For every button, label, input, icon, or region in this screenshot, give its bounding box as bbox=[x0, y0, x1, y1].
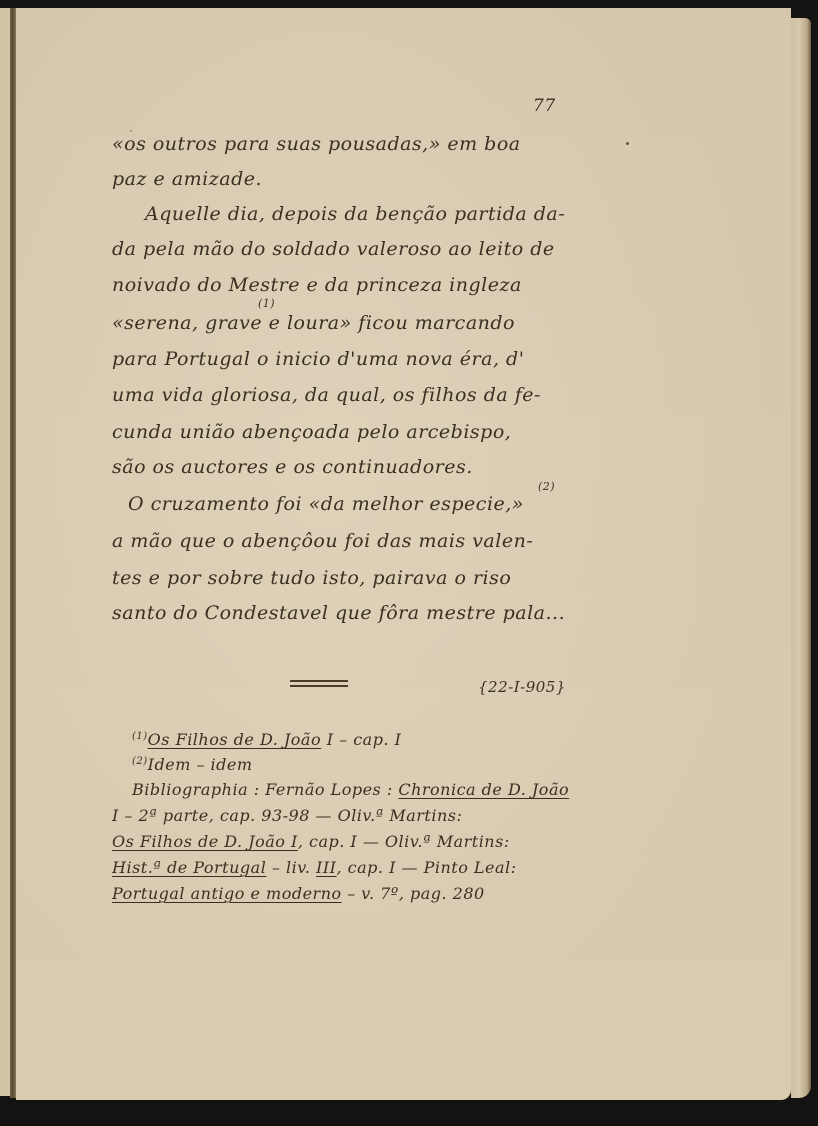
body-line: da pela mão do soldado valeroso ao leito… bbox=[112, 240, 582, 259]
bibliography-text: – v. 7º, pag. 280 bbox=[342, 884, 485, 903]
body-line: para Portugal o inicio d'uma nova éra, d… bbox=[112, 350, 582, 369]
date-stamp: {22-I-905} bbox=[478, 678, 566, 696]
body-line: uma vida gloriosa, da qual, os filhos da… bbox=[112, 386, 582, 405]
section-divider bbox=[290, 680, 348, 687]
footnote-2-text: Idem – idem bbox=[148, 755, 253, 774]
bibliography-line: I – 2ª parte, cap. 93-98 — Oliv.ª Martin… bbox=[112, 808, 462, 824]
body-line: são os auctores e os continuadores. bbox=[112, 458, 582, 477]
body-line: cunda união abençoada pelo arcebispo, bbox=[112, 423, 582, 442]
bibliography-line: Portugal antigo e moderno – v. 7º, pag. … bbox=[112, 886, 485, 902]
body-line: paz e amizade. bbox=[112, 170, 582, 189]
scanned-manuscript: 77 «os outros para suas pousadas,» em bo… bbox=[0, 0, 818, 1126]
body-line: santo do Condestavel que fôra mestre pal… bbox=[112, 604, 582, 623]
ink-speck bbox=[130, 130, 132, 132]
page-right-edge bbox=[791, 18, 811, 1098]
page-number: 77 bbox=[533, 96, 556, 116]
bibliography-title: Portugal antigo e moderno bbox=[112, 884, 342, 903]
footnote-1-ref: I – cap. I bbox=[321, 730, 401, 749]
body-line: tes e por sobre tudo isto, pairava o ris… bbox=[112, 569, 582, 588]
body-line: O cruzamento foi «da melhor especie,» bbox=[128, 495, 598, 514]
bibliography-line: Os Filhos de D. João I, cap. I — Oliv.ª … bbox=[112, 834, 510, 850]
body-line: noivado do Mestre e da princeza ingleza bbox=[112, 276, 582, 295]
body-line: Aquelle dia, depois da benção partida da… bbox=[145, 205, 615, 224]
bibliography-text: , cap. I — Oliv.ª Martins: bbox=[298, 832, 510, 851]
bibliography-title: Chronica de D. João bbox=[398, 780, 569, 799]
bibliography-volume: III bbox=[316, 858, 336, 877]
bibliography-title: Hist.ª de Portugal bbox=[112, 858, 266, 877]
bibliography-text: , cap. I — Pinto Leal: bbox=[337, 858, 517, 877]
body-line: «os outros para suas pousadas,» em boa bbox=[112, 135, 582, 154]
bibliography-text: I – 2ª parte, cap. 93-98 — Oliv.ª Martin… bbox=[112, 806, 462, 825]
bibliography-line: Hist.ª de Portugal – liv. III, cap. I — … bbox=[112, 860, 517, 876]
bibliography-title: Os Filhos de D. João I bbox=[112, 832, 298, 851]
bibliography-text: – liv. bbox=[266, 858, 316, 877]
body-line: «serena, grave e loura» ficou marcando bbox=[112, 314, 582, 333]
ink-speck bbox=[626, 142, 629, 145]
body-line: a mão que o abençôou foi das mais valen- bbox=[112, 532, 582, 551]
footnote-1-marker: (1) bbox=[132, 731, 148, 742]
footnote-2-marker: (2) bbox=[132, 756, 148, 767]
footnote-2: (2)Idem – idem bbox=[132, 757, 253, 773]
bibliography-line: Bibliographia : Fernão Lopes : Chronica … bbox=[132, 782, 569, 798]
footnote-marker-1: (1) bbox=[258, 297, 275, 310]
bibliography-label: Bibliographia : Fernão Lopes : bbox=[132, 780, 398, 799]
footnote-1-title: Os Filhos de D. João bbox=[148, 730, 321, 749]
footnote-1: (1)Os Filhos de D. João I – cap. I bbox=[132, 732, 401, 748]
footnote-marker-2: (2) bbox=[538, 480, 555, 493]
